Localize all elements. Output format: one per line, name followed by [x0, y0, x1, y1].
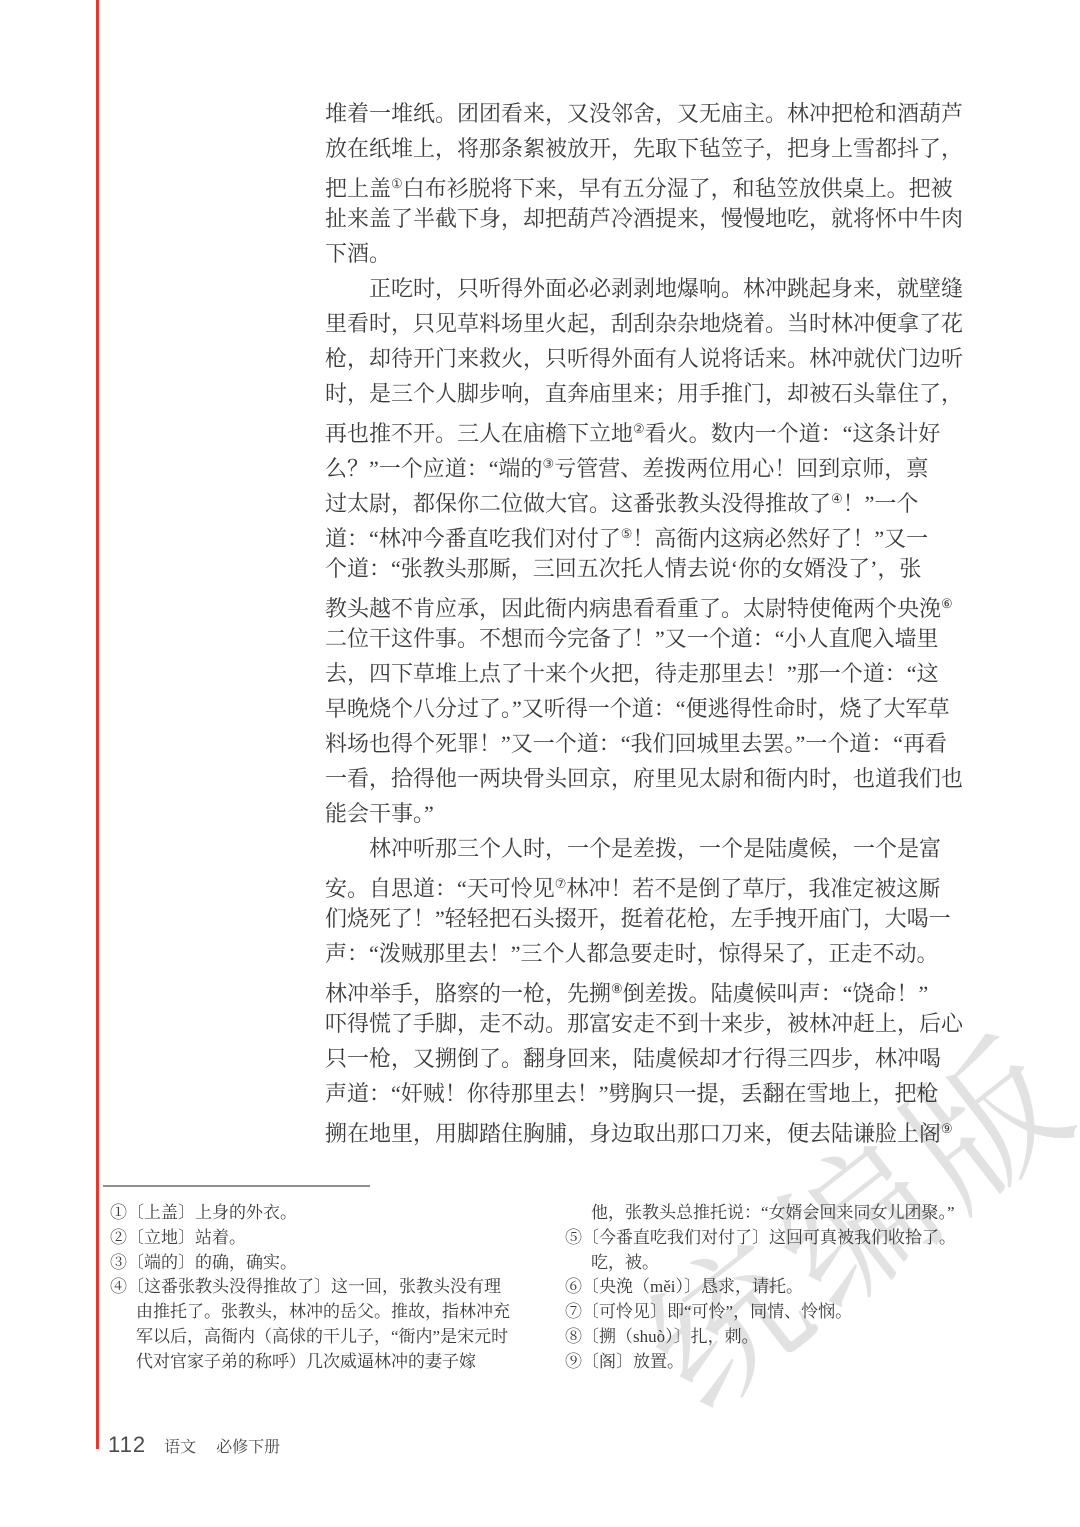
textbook-page: 统编版 堆着一堆纸。团团看来，又没邻舍，又无庙主。林冲把枪和酒葫芦放在纸堆上，将…	[0, 0, 1080, 1527]
text-line: 枪，却待开门来救火，只听得外面有人说将话来。林冲就伏门边听	[325, 341, 980, 376]
text-line: 放在纸堆上，将那条絮被放开，先取下毡笠子，把身上雪都抖了，	[325, 131, 980, 166]
footnote-divider	[103, 1185, 370, 1187]
footnote-item: ④〔这番张教头没得推故了〕这一回，张教头没有理由推托了。张教头，林冲的岳父。推故…	[110, 1275, 514, 1374]
text-line: 只一枪，又搠倒了。翻身回来，陆虞候却才行得三四步，林冲喝	[325, 1041, 980, 1076]
page-number: 112	[108, 1432, 146, 1457]
page-footer: 112 语文 必修下册	[108, 1432, 280, 1458]
text-line: 教头越不肯应承，因此衙内病患看看重了。太尉特使俺两个央浼⑥	[325, 586, 980, 621]
text-line: 道：“林冲今番直吃我们对付了⑤！高衙内这病必然好了！”又一	[325, 516, 980, 551]
text-line: 堆着一堆纸。团团看来，又没邻舍，又无庙主。林冲把枪和酒葫芦	[325, 96, 980, 131]
text-line: 正吃时，只听得外面必必剥剥地爆响。林冲跳起身来，就壁缝	[325, 271, 980, 306]
text-line: 一看，拾得他一两块骨头回京，府里见太尉和衙内时，也道我们也	[325, 761, 980, 796]
text-line: 个道：“张教头那厮，三回五次托人情去说‘你的女婿没了’，张	[325, 551, 980, 586]
text-line: 林冲听那三个人时，一个是差拨，一个是陆虞候，一个是富	[325, 831, 980, 866]
text-line: 把上盖①白布衫脱将下来，早有五分湿了，和毡笠放供桌上。把被	[325, 166, 980, 201]
text-line: 么？”一个应道：“端的③亏管营、差拨两位用心！回到京师，禀	[325, 446, 980, 481]
footnote-item: ⑤〔今番直吃我们对付了〕这回可真被我们收拾了。吃，被。	[565, 1226, 973, 1276]
text-line: 声：“泼贼那里去！”三个人都急要走时，惊得呆了，正走不动。	[325, 936, 980, 971]
subject-label: 语文	[164, 1439, 196, 1456]
text-line: 搠在地里，用脚踏住胸脯，身边取出那口刀来，便去陆谦脸上阁⑨	[325, 1111, 980, 1146]
page-edge-red-line	[96, 0, 99, 1449]
text-line: 声道：“奸贼！你待那里去！”劈胸只一提，丢翻在雪地上，把枪	[325, 1076, 980, 1111]
footnote-item: ①〔上盖〕上身的外衣。	[110, 1201, 514, 1226]
footnotes-right-column: 他，张教头总推托说：“女婿会回来同女儿团聚。”⑤〔今番直吃我们对付了〕这回可真被…	[565, 1201, 973, 1375]
main-text-column: 堆着一堆纸。团团看来，又没邻舍，又无庙主。林冲把枪和酒葫芦放在纸堆上，将那条絮被…	[325, 96, 980, 1146]
text-line: 过太尉，都保你二位做大官。这番张教头没得推故了④！”一个	[325, 481, 980, 516]
text-line: 去，四下草堆上点了十来个火把，待走那里去！”那一个道：“这	[325, 656, 980, 691]
volume-label: 必修下册	[216, 1439, 280, 1456]
footnote-item: ⑧〔搠（shuò）〕扎，刺。	[565, 1325, 973, 1350]
footnote-item: ⑥〔央浼（měi）〕恳求，请托。	[565, 1275, 973, 1300]
text-line: 们烧死了！”轻轻把石头掇开，挺着花枪，左手拽开庙门，大喝一	[325, 901, 980, 936]
text-line: 林冲举手，胳察的一枪，先搠⑧倒差拨。陆虞候叫声：“饶命！”	[325, 971, 980, 1006]
text-line: 里看时，只见草料场里火起，刮刮杂杂地烧着。当时林冲便拿了花	[325, 306, 980, 341]
text-line: 下酒。	[325, 236, 980, 271]
text-line: 料场也得个死罪！”又一个道：“我们回城里去罢。”一个道：“再看	[325, 726, 980, 761]
text-line: 二位干这件事。不想而今完备了！”又一个道：“小人直爬入墙里	[325, 621, 980, 656]
footnote-item: 他，张教头总推托说：“女婿会回来同女儿团聚。”	[565, 1201, 973, 1226]
footnote-item: ③〔端的〕的确，确实。	[110, 1251, 514, 1276]
text-line: 吓得慌了手脚，走不动。那富安走不到十来步，被林冲赶上，后心	[325, 1006, 980, 1041]
text-line: 再也推不开。三人在庙檐下立地②看火。数内一个道：“这条计好	[325, 411, 980, 446]
text-line: 安。自思道：“天可怜见⑦林冲！若不是倒了草厅，我准定被这厮	[325, 866, 980, 901]
text-line: 扯来盖了半截下身，却把葫芦冷酒提来，慢慢地吃，就将怀中牛肉	[325, 201, 980, 236]
footnotes-left-column: ①〔上盖〕上身的外衣。②〔立地〕站着。③〔端的〕的确，确实。④〔这番张教头没得推…	[110, 1201, 514, 1375]
text-line: 早晚烧个八分过了。”又听得一个道：“便逃得性命时，烧了大军草	[325, 691, 980, 726]
footnote-item: ⑦〔可怜见〕即“可怜”，同情、怜悯。	[565, 1300, 973, 1325]
text-line: 能会干事。”	[325, 796, 980, 831]
footnote-item: ②〔立地〕站着。	[110, 1226, 514, 1251]
text-line: 时，是三个人脚步响，直奔庙里来；用手推门，却被石头靠住了，	[325, 376, 980, 411]
footnote-item: ⑨〔阁〕放置。	[565, 1350, 973, 1375]
